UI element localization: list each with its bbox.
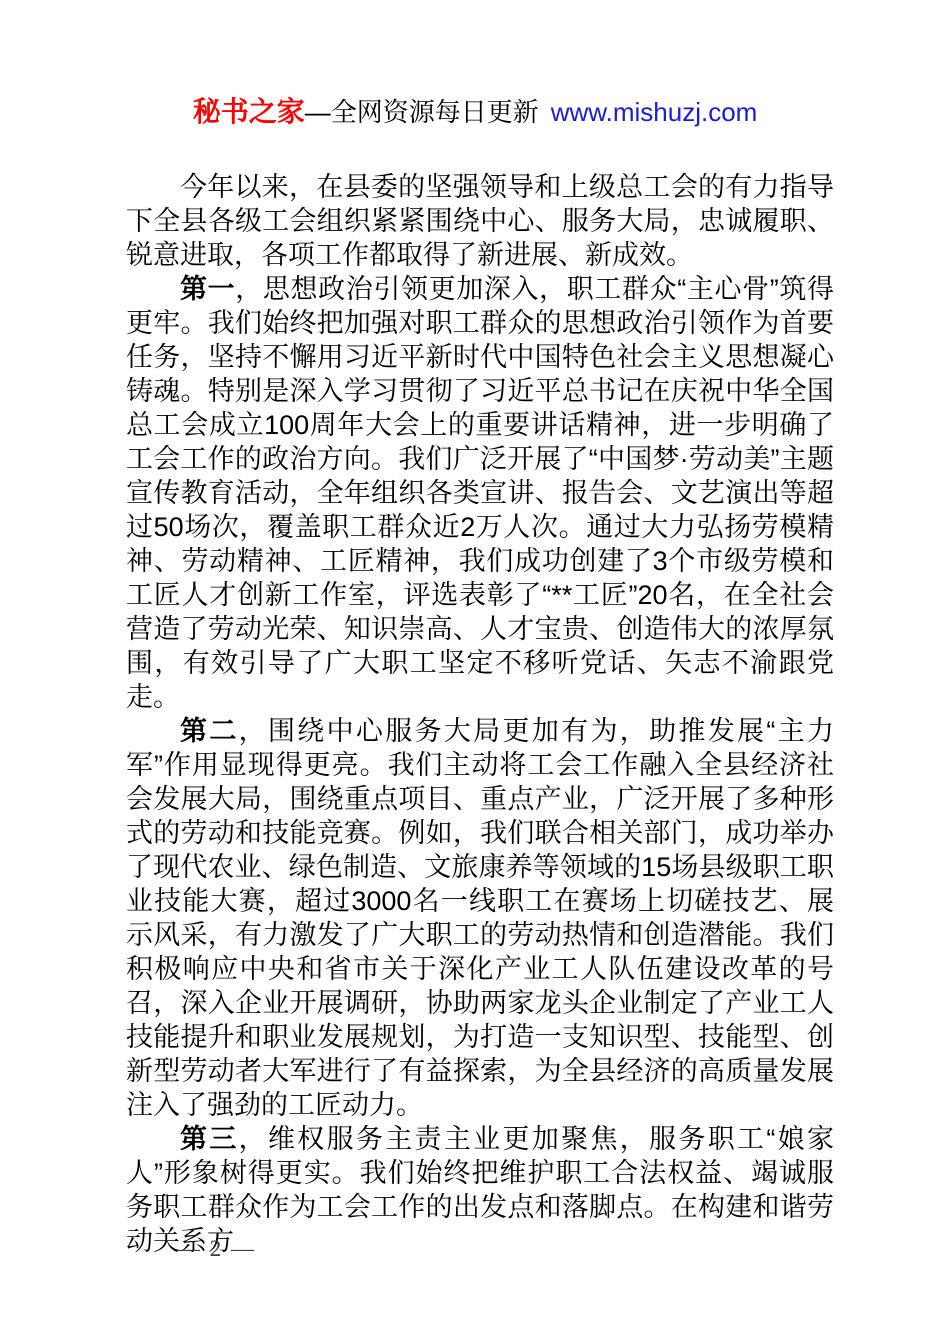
paragraph-text: ，围绕中心服务大局更加有为，助推发展“主力军”作用显现得更亮。我们主动将工会工作… bbox=[126, 716, 834, 1120]
document-page: 秘书之家—全网资源每日更新www.mishuzj.com 今年以来，在县委的坚强… bbox=[0, 0, 950, 1344]
site-tagline: 全网资源每日更新 bbox=[331, 97, 539, 127]
paragraph-lead: 第三 bbox=[180, 1124, 239, 1154]
paragraph-intro: 今年以来，在县委的坚强领导和上级总工会的有力指导下全县各级工会组织紧紧围绕中心、… bbox=[126, 170, 834, 272]
paragraph-second-point: 第二，围绕中心服务大局更加有为，助推发展“主力军”作用显现得更亮。我们主动将工会… bbox=[126, 714, 834, 1122]
document-body: 今年以来，在县委的坚强领导和上级总工会的有力指导下全县各级工会组织紧紧围绕中心、… bbox=[126, 170, 834, 1258]
paragraph-lead: 第二 bbox=[180, 716, 239, 746]
site-brand: 秘书之家 bbox=[193, 96, 305, 127]
paragraph-lead: 第一 bbox=[180, 274, 235, 304]
site-watermark-header: 秘书之家—全网资源每日更新www.mishuzj.com bbox=[0, 92, 950, 132]
site-url: www.mishuzj.com bbox=[551, 97, 758, 127]
header-dash: — bbox=[305, 97, 331, 127]
paragraph-text: ，思想政治引领更加深入，职工群众“主心骨”筑得更牢。我们始终把加强对职工群众的思… bbox=[126, 274, 834, 712]
page-number: — 2 — bbox=[177, 1236, 256, 1262]
paragraph-first-point: 第一，思想政治引领更加深入，职工群众“主心骨”筑得更牢。我们始终把加强对职工群众… bbox=[126, 272, 834, 714]
paragraph-text: 今年以来，在县委的坚强领导和上级总工会的有力指导下全县各级工会组织紧紧围绕中心、… bbox=[126, 172, 834, 270]
